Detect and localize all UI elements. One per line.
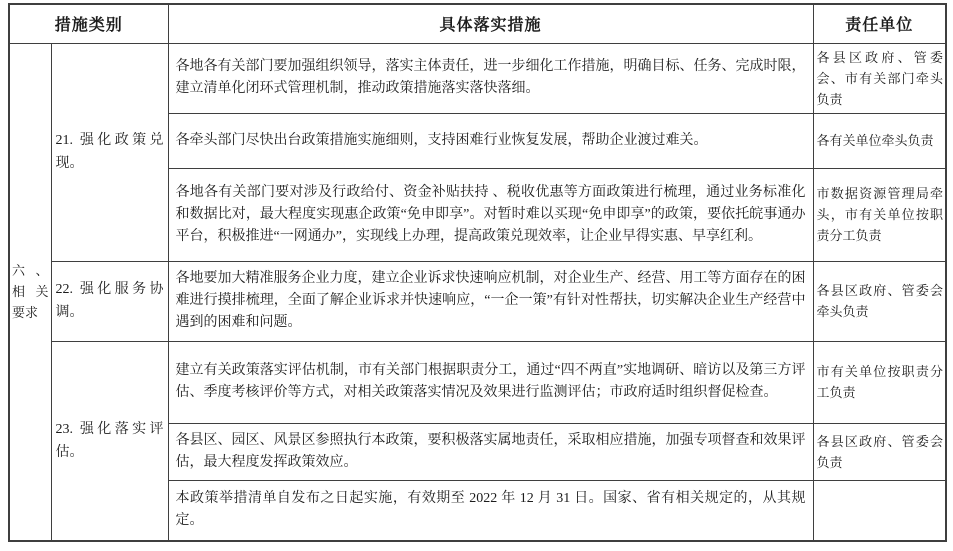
measure-cell: 各牵头部门尽快出台政策措施实施细则，支持困难行业恢复发展，帮助企业渡过难关。: [168, 113, 813, 168]
measure-cell: 本政策举措清单自发布之日起实施，有效期至 2022 年 12 月 31 日。国家…: [168, 480, 813, 541]
unit-cell: 市有关单位按职责分工负责: [813, 341, 946, 423]
group-21-cell: 21. 强化政策兑现。: [51, 43, 168, 261]
unit-cell: [813, 480, 946, 541]
policy-measures-table: 措施类别 具体落实措施 责任单位 六、相关要求 21. 强化政策兑现。 各地各有…: [8, 3, 947, 542]
table-row: 23. 强化落实评估。 建立有关政策落实评估机制，市有关部门根据职责分工，通过“…: [9, 341, 946, 423]
table-row: 22. 强化服务协调。 各地要加大精准服务企业力度，建立企业诉求快速响应机制，对…: [9, 261, 946, 341]
unit-cell: 各县区政府、管委会、市有关部门牵头负责: [813, 43, 946, 113]
measure-cell: 各县区、园区、风景区参照执行本政策，要积极落实属地责任，采取相应措施，加强专项督…: [168, 423, 813, 480]
measure-cell: 各地各有关部门要对涉及行政给付、资金补贴扶持 、税收优惠等方面政策进行梳理，通过…: [168, 168, 813, 261]
section-label-cell: 六、相关要求: [9, 43, 51, 541]
measure-cell: 建立有关政策落实评估机制，市有关部门根据职责分工，通过“四不两直”实地调研、暗访…: [168, 341, 813, 423]
header-measure: 具体落实措施: [168, 4, 813, 43]
group-22-cell: 22. 强化服务协调。: [51, 261, 168, 341]
header-unit: 责任单位: [813, 4, 946, 43]
unit-cell: 各县区政府、管委会牵头负责: [813, 261, 946, 341]
unit-cell: 各有关单位牵头负责: [813, 113, 946, 168]
group-23-cell: 23. 强化落实评估。: [51, 341, 168, 541]
table-row: 六、相关要求 21. 强化政策兑现。 各地各有关部门要加强组织领导，落实主体责任…: [9, 43, 946, 113]
unit-cell: 各县区政府、管委会负责: [813, 423, 946, 480]
measure-cell: 各地各有关部门要加强组织领导，落实主体责任，进一步细化工作措施，明确目标、任务、…: [168, 43, 813, 113]
header-row: 措施类别 具体落实措施 责任单位: [9, 4, 946, 43]
header-category: 措施类别: [9, 4, 168, 43]
measure-cell: 各地要加大精准服务企业力度，建立企业诉求快速响应机制，对企业生产、经营、用工等方…: [168, 261, 813, 341]
unit-cell: 市数据资源管理局牵头，市有关单位按职责分工负责: [813, 168, 946, 261]
